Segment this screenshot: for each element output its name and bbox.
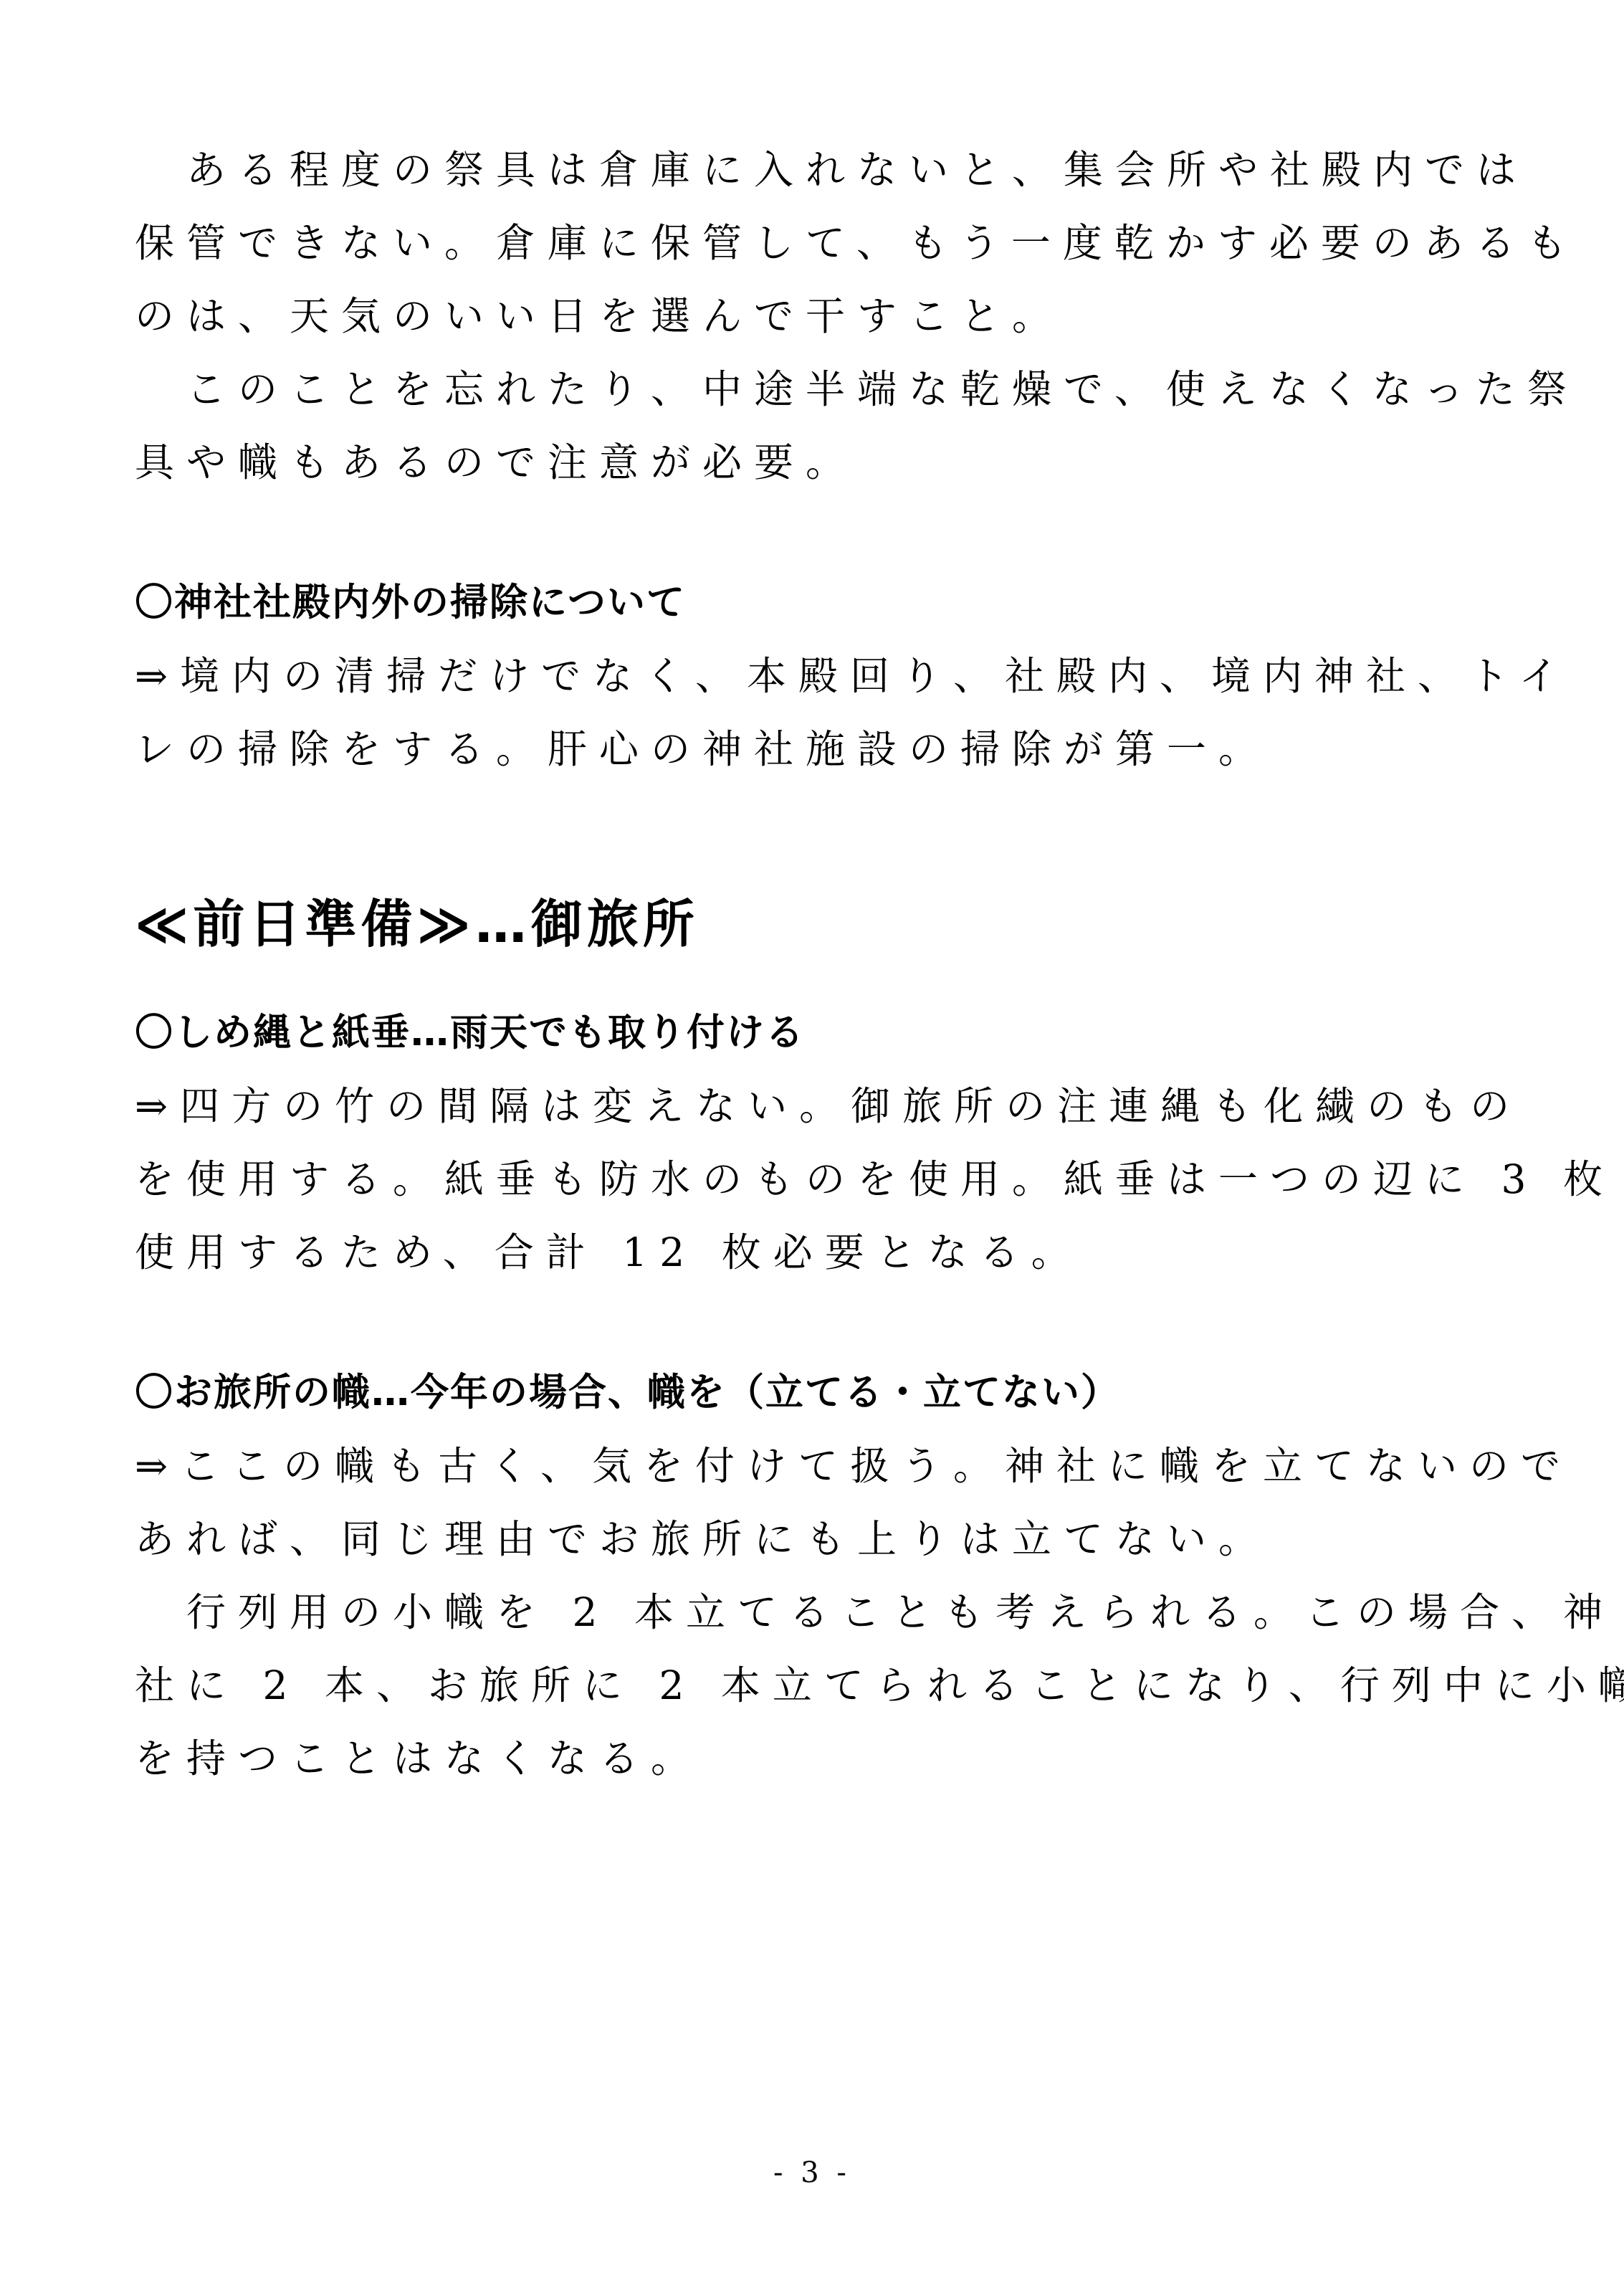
body-text-line: あれば、同じ理由でお旅所にも上りは立てない。: [135, 1514, 1270, 1564]
page-number: - 3 -: [0, 2156, 1624, 2189]
body-text-line: 使用するため、合計 12 枚必要となる。: [135, 1227, 1083, 1277]
body-text-line: を持つことはなくなる。: [135, 1733, 702, 1784]
section-heading-cleaning: 〇神社社殿内外の掃除について: [135, 578, 686, 628]
body-text-line: を使用する。紙垂も防水のものを使用。紙垂は一つの辺に 3 枚: [135, 1154, 1615, 1204]
body-text-line: このことを忘れたり、中途半端な乾燥で、使えなくなった祭: [186, 364, 1579, 414]
body-text-line: レの掃除をする。肝心の神社施設の掃除が第一。: [135, 724, 1270, 774]
body-text-line: ⇒境内の清掃だけでなく、本殿回り、社殿内、境内神社、トイ: [135, 651, 1570, 701]
body-text-line: のは、天気のいい日を選んで干すこと。: [135, 291, 1064, 341]
document-page: ある程度の祭具は倉庫に入れないと、集会所や社殿内では 保管できない。倉庫に保管し…: [0, 0, 1624, 2294]
body-text-line: 具や幟もあるので注意が必要。: [135, 437, 857, 487]
body-text-line: 社に 2 本、お旅所に 2 本立てられることになり、行列中に小幟: [135, 1660, 1624, 1710]
body-text-line: ⇒四方の竹の間隔は変えない。御旅所の注連縄も化繊のもの: [135, 1081, 1522, 1131]
section-heading-nobori: 〇お旅所の幟…今年の場合、幟を（立てる・立てない）: [135, 1368, 1120, 1418]
body-text-line: ある程度の祭具は倉庫に入れないと、集会所や社殿内では: [186, 145, 1528, 195]
body-text-line: 保管できない。倉庫に保管して、もう一度乾かす必要のあるも: [135, 218, 1579, 268]
chapter-title-day-before: ≪前日準備≫…御旅所: [135, 892, 699, 956]
body-text-line: 行列用の小幟を 2 本立てることも考えられる。この場合、神: [186, 1587, 1615, 1637]
body-text-line: ⇒ここの幟も古く、気を付けて扱う。神社に幟を立てないので: [135, 1441, 1572, 1491]
section-heading-shimenawa: 〇しめ縄と紙垂…雨天でも取り付ける: [135, 1008, 805, 1058]
